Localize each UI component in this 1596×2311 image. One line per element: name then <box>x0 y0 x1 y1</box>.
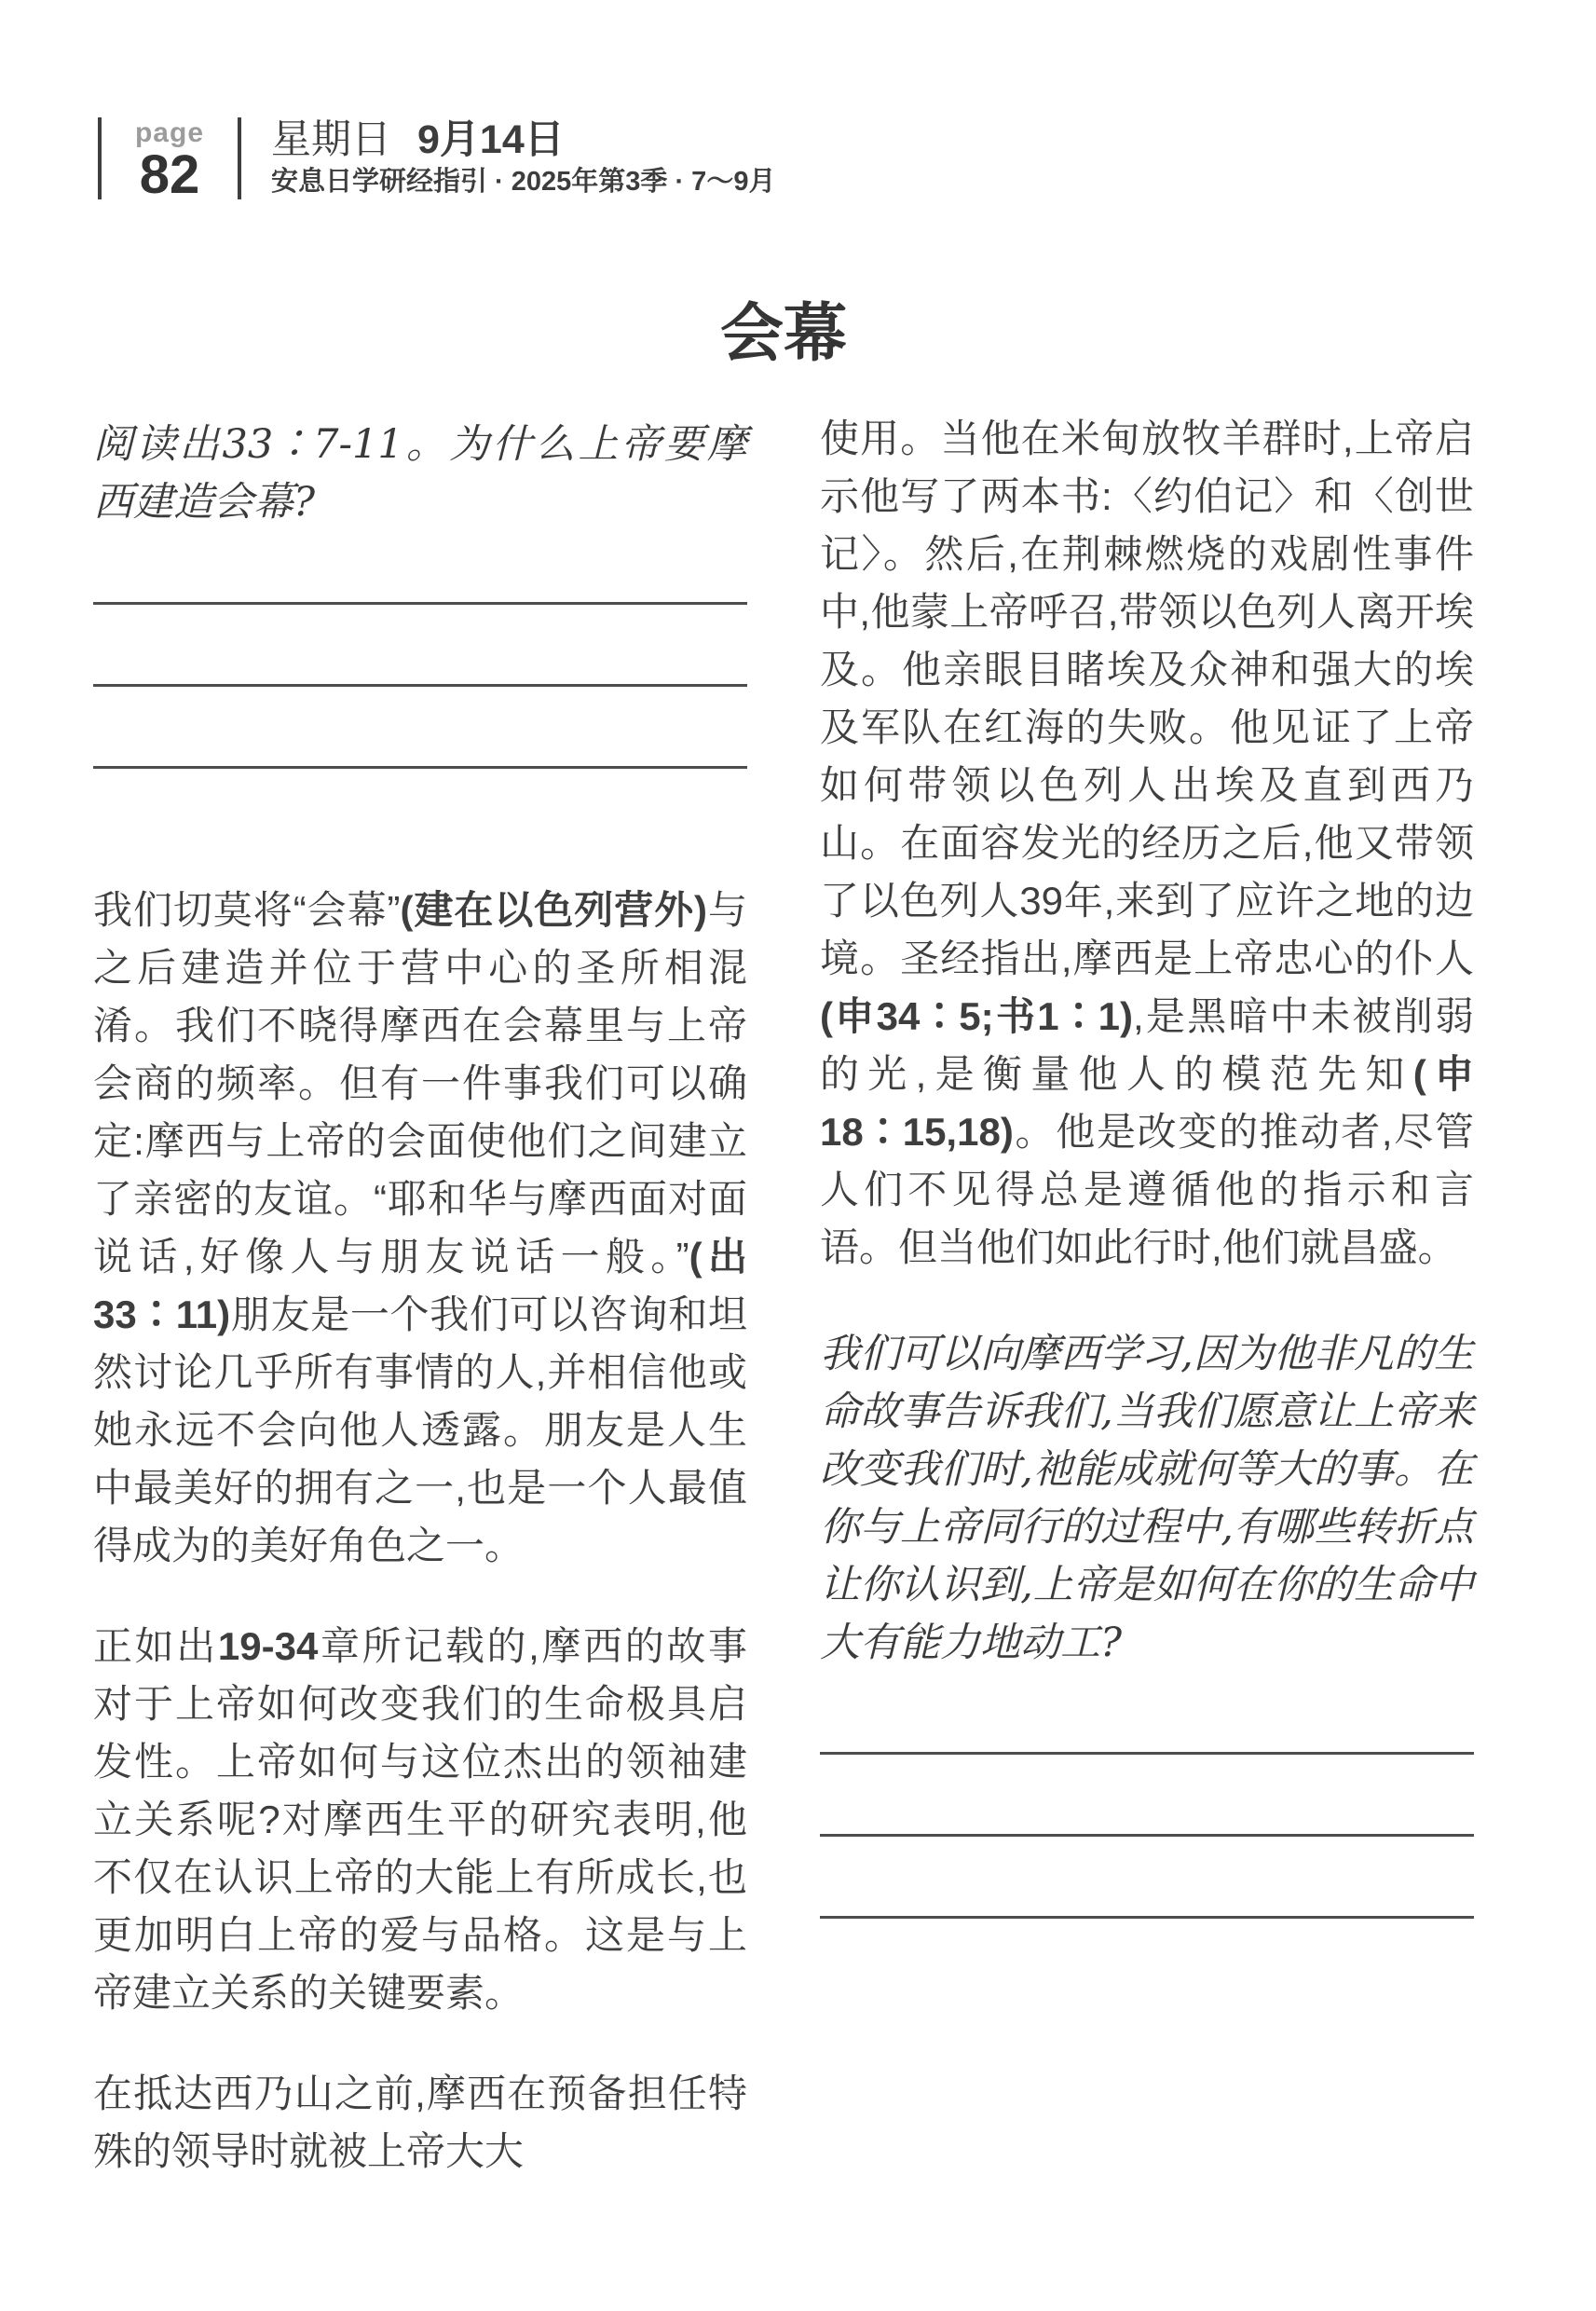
page-number-block: page 82 <box>102 117 238 201</box>
header-divider-right <box>238 117 241 199</box>
body-paragraph: 在抵达西乃山之前,摩西在预备担任特殊的领导时就被上帝大大 <box>93 2065 747 2181</box>
study-question: 阅读出33∶7-11。为什么上帝要摩西建造会幕? <box>93 416 747 531</box>
answer-line <box>93 602 747 684</box>
answer-line <box>820 1916 1474 1998</box>
answer-line <box>93 684 747 766</box>
date-label: 9月14日 <box>417 117 565 162</box>
header-date-block: 星期日9月14日 安息日学研经指引 · 2025年第3季 · 7～9月 <box>271 117 775 201</box>
weekday-label: 星期日 <box>271 117 391 162</box>
answer-line <box>820 1834 1474 1916</box>
body-paragraph: 正如出19-34章所记载的,摩西的故事对于上帝如何改变我们的生命极具启发性。上帝… <box>93 1618 747 2022</box>
page-header: page 82 星期日9月14日 安息日学研经指引 · 2025年第3季 · 7… <box>98 117 775 201</box>
edition-label: 安息日学研经指引 · 2025年第3季 · 7～9月 <box>271 166 775 198</box>
right-column: 使用。当他在米甸放牧羊群时,上帝启示他写了两本书:〈约伯记〉和〈创世记〉。然后,… <box>820 410 1474 1998</box>
body-paragraph: 我们切莫将“会幕”(建在以色列营外)与之后建造并位于营中心的圣所相混淆。我们不晓… <box>93 882 747 1575</box>
left-column: 阅读出33∶7-11。为什么上帝要摩西建造会幕? 我们切莫将“会幕”(建在以色列… <box>93 416 747 2181</box>
page-label: page <box>102 119 238 147</box>
page-title: 会幕 <box>93 296 1474 371</box>
header-date-line: 星期日9月14日 <box>271 117 775 162</box>
answer-line <box>820 1752 1474 1834</box>
reflection-question: 我们可以向摩西学习,因为他非凡的生命故事告诉我们,当我们愿意让上帝来改变我们时,… <box>820 1325 1474 1672</box>
page-number: 82 <box>102 149 238 201</box>
answer-lines-right <box>820 1752 1474 1998</box>
body-paragraph: 使用。当他在米甸放牧羊群时,上帝启示他写了两本书:〈约伯记〉和〈创世记〉。然后,… <box>820 410 1474 1277</box>
answer-lines-left <box>93 602 747 848</box>
lesson-page: page 82 星期日9月14日 安息日学研经指引 · 2025年第3季 · 7… <box>0 0 1596 2311</box>
answer-line <box>93 766 747 848</box>
